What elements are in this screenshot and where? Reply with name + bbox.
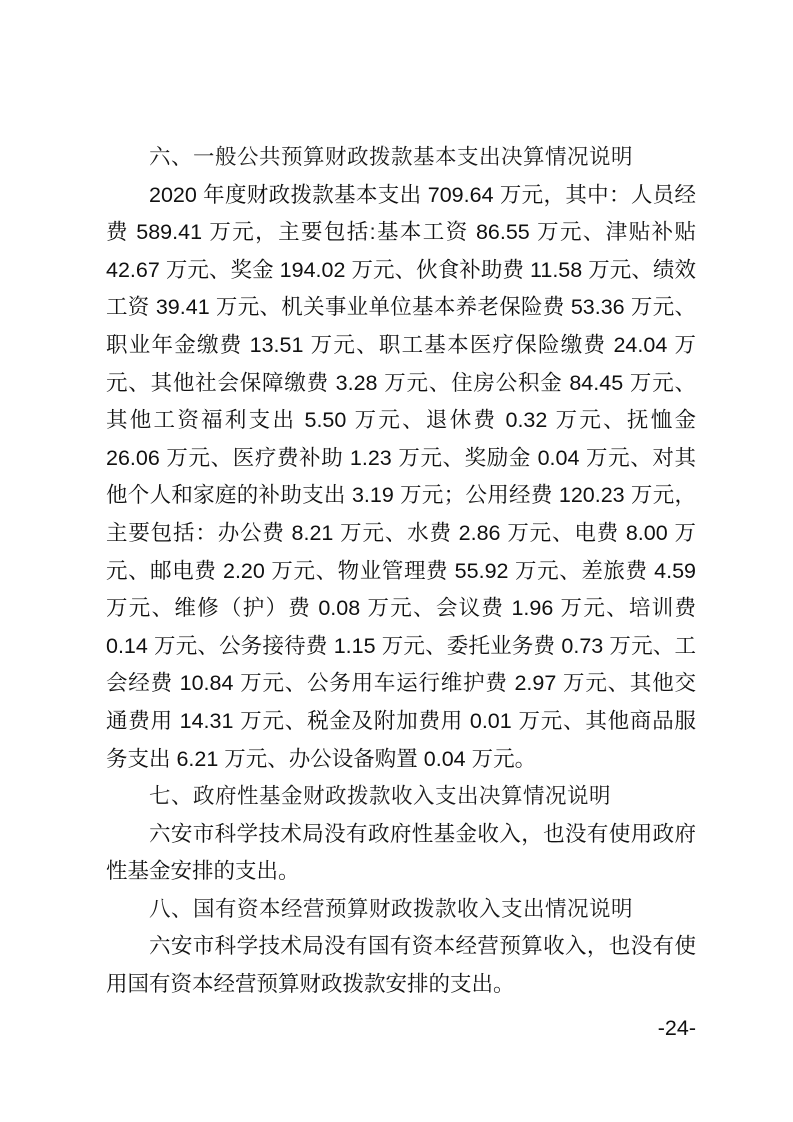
document-page: 六、一般公共预算财政拨款基本支出决算情况说明 2020 年度财政拨款基本支出 7… (0, 0, 793, 1122)
section-heading-state-capital: 八、国有资本经营预算财政拨款收入支出情况说明 (106, 891, 696, 929)
paragraph-basic-expenditure-detail: 2020 年度财政拨款基本支出 709.64 万元，其中：人员经费 589.41… (106, 177, 696, 779)
paragraph-government-fund-detail: 六安市科学技术局没有政府性基金收入，也没有使用政府性基金安排的支出。 (106, 816, 696, 891)
paragraph-state-capital-detail: 六安市科学技术局没有国有资本经营预算收入，也没有使用国有资本经营预算财政拨款安排… (106, 928, 696, 1003)
section-heading-government-fund: 七、政府性基金财政拨款收入支出决算情况说明 (106, 778, 696, 816)
document-content: 六、一般公共预算财政拨款基本支出决算情况说明 2020 年度财政拨款基本支出 7… (106, 139, 696, 1043)
page-number: -24- (106, 1004, 696, 1043)
section-heading-basic-expenditure: 六、一般公共预算财政拨款基本支出决算情况说明 (106, 139, 696, 177)
